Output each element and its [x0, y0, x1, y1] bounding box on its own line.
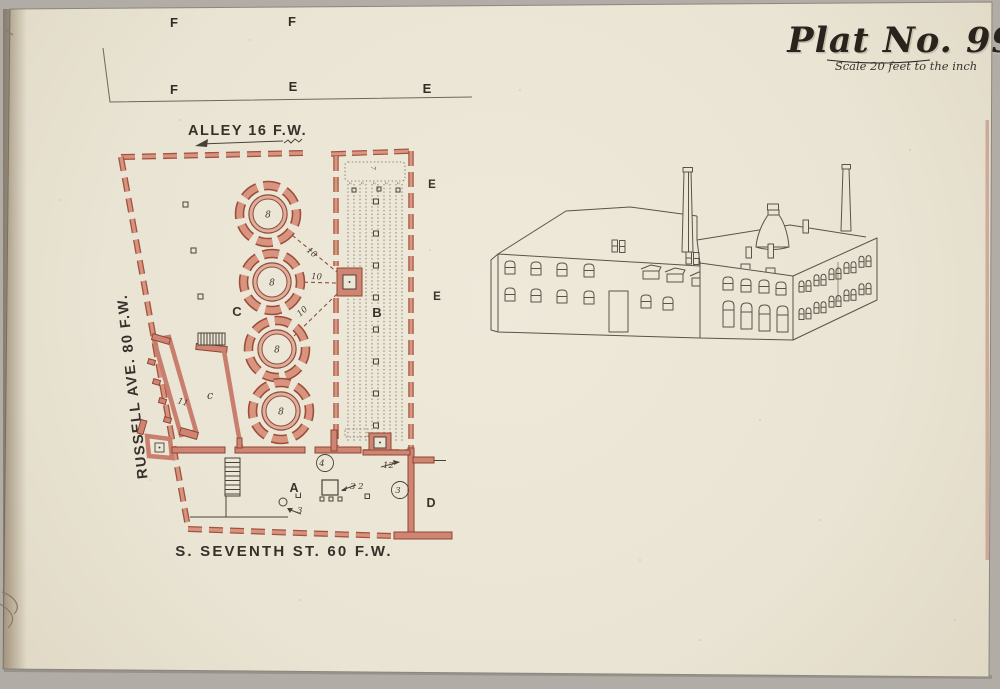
- letter-C: C: [232, 304, 242, 319]
- note-32: 3 2: [350, 482, 364, 492]
- letter-B: B: [372, 305, 381, 320]
- svg-text:2: 2: [348, 181, 353, 185]
- room-c-label: c: [207, 389, 213, 402]
- svg-text:8: 8: [269, 279, 275, 289]
- elevator-box-west: [337, 268, 362, 296]
- note-3: 3: [297, 506, 302, 516]
- letter-E-upper: E: [428, 179, 436, 191]
- smokestack-east: [841, 168, 851, 231]
- letter-D: D: [426, 496, 435, 510]
- street-label-alley: ALLEY 16 F.W.: [188, 123, 307, 139]
- circled-4: 4: [318, 459, 324, 469]
- plate-scale-note: Scale 20 feet to the inch: [835, 59, 977, 73]
- vent-stub: [768, 244, 774, 258]
- letter-E-lower: E: [433, 291, 441, 303]
- letter-A: A: [289, 481, 298, 495]
- circled-3: 3: [395, 486, 400, 496]
- note-7: 7: [369, 166, 376, 170]
- svg-text:8: 8: [265, 211, 271, 221]
- plate-title: Plat No. 99: [786, 20, 1000, 61]
- svg-text:2: 2: [360, 181, 365, 185]
- svg-text:8: 8: [274, 346, 280, 356]
- vent-stub: [803, 220, 809, 233]
- vent-stub: [746, 247, 752, 258]
- smokestack-west: [682, 171, 693, 252]
- svg-text:2: 2: [384, 181, 389, 185]
- east-ledge: [413, 457, 434, 463]
- atlas-page: Plat No. 99 Plat No. 99 Scale 20 feet to…: [0, 0, 1000, 689]
- survey-letter: F: [288, 14, 296, 29]
- survey-letter: E: [423, 81, 432, 96]
- survey-letter: F: [170, 15, 178, 30]
- survey-letter: E: [289, 79, 298, 94]
- kiln-cap: [768, 204, 779, 210]
- survey-letter: F: [170, 82, 178, 97]
- stair-upper: [198, 333, 225, 345]
- svg-text:2: 2: [396, 181, 401, 185]
- note-12: 12: [383, 461, 394, 471]
- svg-text:8: 8: [278, 408, 284, 418]
- pipe-label: 10: [311, 272, 323, 283]
- street-label-seventh: S. SEVENTH ST. 60 F.W.: [175, 543, 393, 560]
- svg-text:2: 2: [372, 181, 377, 185]
- plat-canvas: Plat No. 99 Plat No. 99 Scale 20 feet to…: [0, 0, 1000, 689]
- south-east-wall: [394, 532, 452, 539]
- page-left-crease: [3, 9, 27, 669]
- page-fore-edge-tint: [986, 120, 990, 560]
